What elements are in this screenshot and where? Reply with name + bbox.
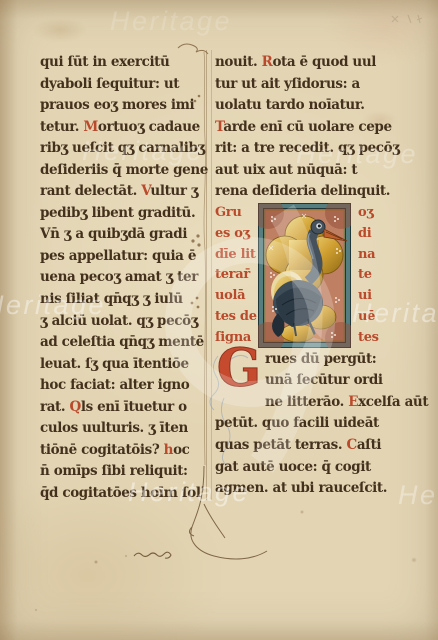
rubric-fragment: uolā (215, 286, 258, 307)
rubric-fragment: dīe lit (215, 245, 258, 266)
left-text-column: qui ſūt in exercitūdyaboli ſequitur: utp… (40, 52, 212, 504)
manuscript-text-line: prauos eoʒ mores imi (40, 95, 212, 117)
manuscript-text-line: gat autē uoce: q̄ cogit (215, 457, 412, 479)
crane-bird-icon (258, 203, 351, 348)
illuminated-initial-g: G (213, 341, 265, 397)
manuscript-text-line: rant delectāt. Vultur ʒ (40, 181, 212, 203)
manuscript-text-line: hoc faciat: alter igno (40, 375, 212, 397)
manuscript-text-line: pedibʒ libent graditū. (40, 203, 212, 225)
rubric-fragment: ui (358, 286, 379, 307)
manuscript-text-line: nis ſiliat qn̄qʒ ʒ iulū (40, 289, 212, 311)
rubric-fragment: tes (358, 328, 379, 349)
heritage-watermark-text: Heritage (110, 6, 232, 37)
right-top-text: nouit. Rota ē quod uultur ut ait yſidoru… (215, 52, 412, 203)
manuscript-text-line: uena pecoʒ amat ʒ ter (40, 267, 212, 289)
right-bottom-text: G rues dū pergūt:unā ſecūtur ordine litt… (215, 349, 412, 500)
manuscript-text-line: rat. Qls enī ītuetur o (40, 397, 212, 419)
manuscript-text-line: deſideriis q̄ morte gene (40, 160, 212, 182)
manuscript-text-line: rit: a tre recedit. qʒ pecōʒ (215, 138, 412, 160)
manuscript-text-line: culos uulturis. ʒ īten (40, 418, 212, 440)
crane-miniature-panel (258, 203, 351, 348)
manuscript-text-line: petūt. quo facili uideāt (215, 413, 412, 435)
manuscript-text-line: ribʒ ueſcit qʒ carnalibʒ (40, 138, 212, 160)
manuscript-text-line: Tarde enī cū uolare cepe (215, 117, 412, 139)
manuscript-text-line: tiōnē cogitatōis? hoc (40, 440, 212, 462)
catchword-gloss (134, 552, 171, 558)
manuscript-text-line: leuat. ſʒ qua ītentiōe (40, 354, 212, 376)
manuscript-text-line: dyaboli ſequitur: ut (40, 74, 212, 96)
manuscript-text-line: rena deſideria delinquit. (215, 181, 412, 203)
manuscript-text-line: n̄ omīps ſibi reliquit: (40, 461, 212, 483)
rubric-fragment: es oʒ (215, 224, 258, 245)
manuscript-text-line: uolatu tardo noīatur. (215, 95, 412, 117)
rubric-left: Grues oʒdīe litterar̄uolātes deſigna (215, 203, 258, 349)
manuscript-text-line: tetur. Mortuoʒ cadaue (40, 117, 212, 139)
manuscript-text-line: qui ſūt in exercitū (40, 52, 212, 74)
manuscript-text-line: nouit. Rota ē quod uul (215, 52, 412, 74)
rubric-fragment: te (358, 265, 379, 286)
manuscript-text-line: ad celeſtia qn̄qʒ mentē (40, 332, 212, 354)
rubric-fragment: na (358, 245, 379, 266)
rubric-fragment: Gru (215, 203, 258, 224)
manuscript-page: qui ſūt in exercitūdyaboli ſequitur: utp… (0, 0, 438, 640)
rubric-and-miniature-row: Grues oʒdīe litterar̄uolātes deſigna (215, 203, 412, 349)
rubric-fragment: di (358, 224, 379, 245)
folio-marks-faint (392, 15, 422, 23)
manuscript-text-line: quas petāt terras. Caſti (215, 435, 412, 457)
rubric-right: oʒdinateuiuētes (351, 203, 379, 349)
manuscript-text-line: ʒ alciū uolat. qʒ pecōʒ (40, 311, 212, 333)
manuscript-text-line: tur ut ait yſidorus: a (215, 74, 412, 96)
manuscript-text-line: agmen. at ubi rauceſcit. (215, 478, 412, 500)
manuscript-text-line: pes appellatur: quia ē (40, 246, 212, 268)
right-text-column: nouit. Rota ē quod uultur ut ait yſidoru… (215, 52, 412, 500)
manuscript-text-line: aut uix aut nūquā: t (215, 160, 412, 182)
rubric-fragment: oʒ (358, 203, 379, 224)
manuscript-text-line: q̄d cogitatōes hoīm ſol' (40, 483, 212, 505)
manuscript-text-line: Vn̄ ʒ a quibʒdā gradi (40, 224, 212, 246)
rubric-fragment: tes de (215, 307, 258, 328)
rubric-fragment: uē (358, 307, 379, 328)
rubric-fragment: terar̄ (215, 265, 258, 286)
